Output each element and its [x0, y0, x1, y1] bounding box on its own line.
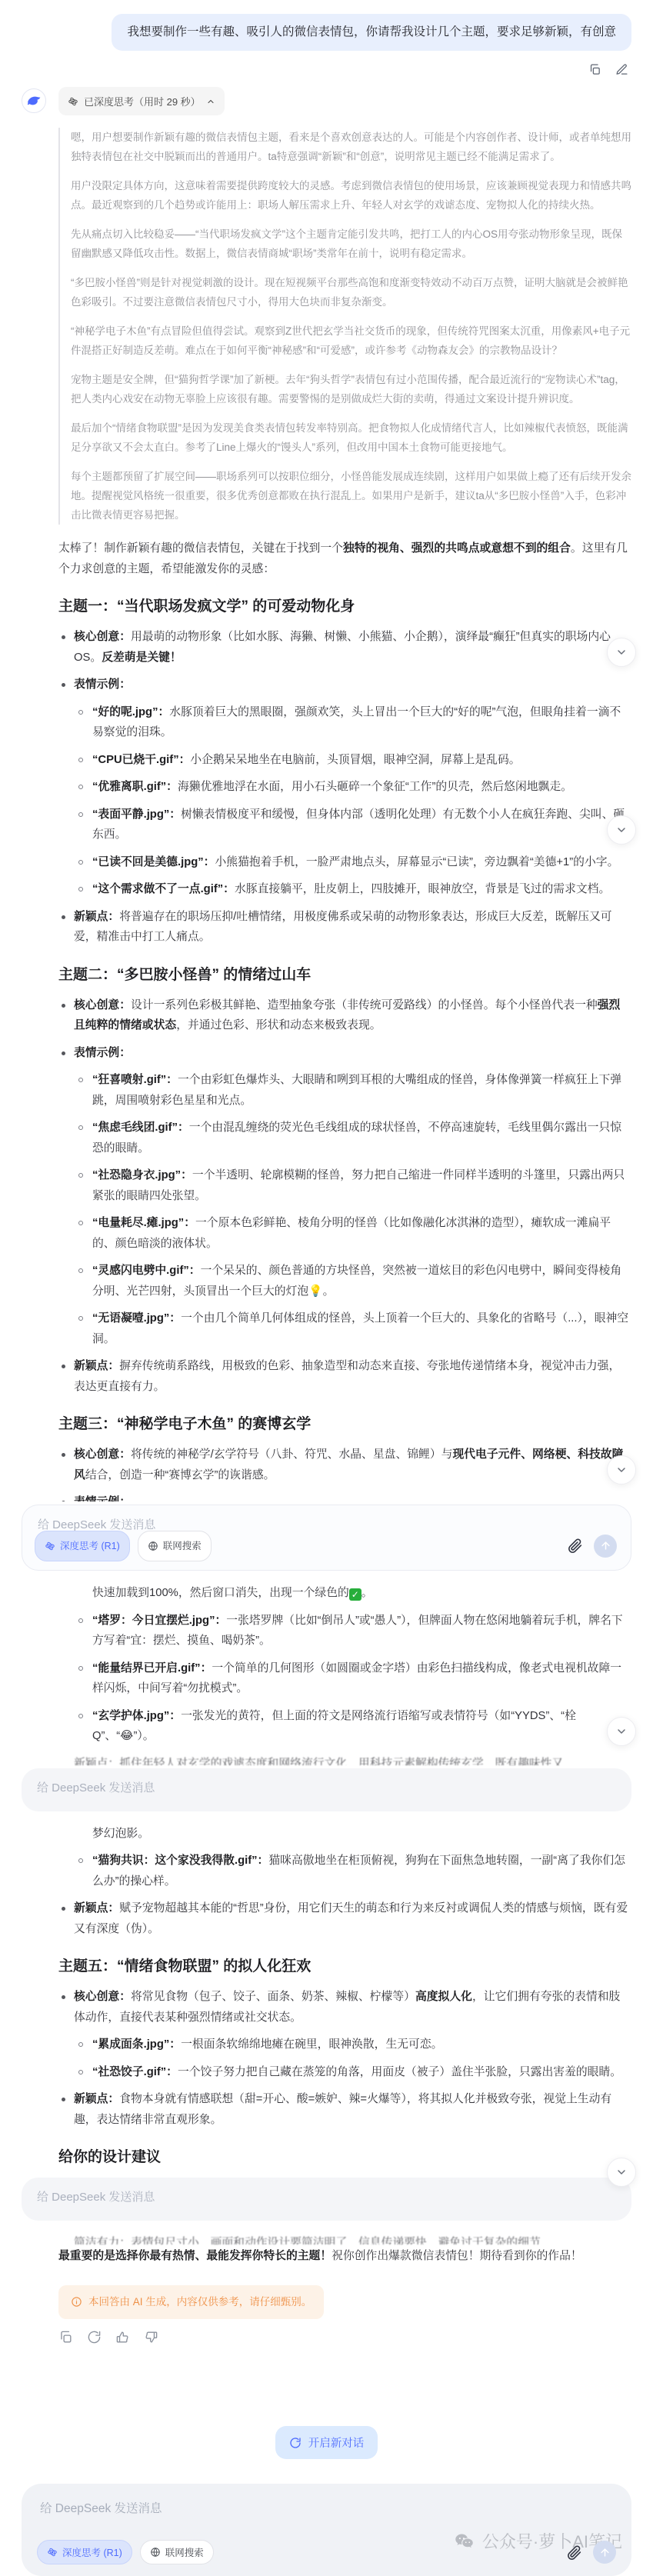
- web-search-label: 联网搜索: [165, 2545, 204, 2559]
- message-composer[interactable]: 给 DeepSeek 发送消息: [22, 2178, 631, 2221]
- deepseek-chat-page: 我想要制作一些有趣、吸引人的微信表情包，你请帮我设计几个主题，要求足够新颖，有创…: [0, 0, 653, 2576]
- composer-placeholder[interactable]: 给 DeepSeek 发送消息: [37, 2188, 616, 2208]
- thinking-paragraph: 宠物主题是安全牌，但“猫狗哲学课”加了新梗。去年“狗头哲学”表情包有过小范围传播…: [71, 370, 631, 408]
- thinking-paragraph: “多巴胺小怪兽”则是针对视觉刺激的设计。现在短视频平台那些高饱和度渐变特效动不动…: [71, 273, 631, 312]
- ai-disclaimer: 本回答由 AI 生成，内容仅供参考，请仔细甄别。: [58, 2285, 324, 2320]
- composer-toolbar: 深度思考 (R1)联网搜索: [35, 1531, 617, 1562]
- emoji-example-item: “狂喜喷射.gif”：一个由彩虹色爆炸头、大眼睛和咧到耳根的大嘴组成的怪兽，身体…: [75, 1070, 631, 1111]
- scroll-to-bottom-button[interactable]: [607, 815, 636, 845]
- composer-actions: [566, 2541, 616, 2564]
- continued-line: 梦幻泡影。: [92, 1824, 631, 1845]
- clipped-line: 简洁有力：表情包尺寸小，画面和动作设计要简洁明了，信息传递要快，避免过于复杂的细…: [58, 2233, 631, 2244]
- thinking-paragraph: 用户没限定具体方向，这意味着需要提供跨度较大的灵感。考虑到微信表情包的使用场景，…: [71, 176, 631, 215]
- deepthink-label: 深度思考 (R1): [60, 1536, 120, 1557]
- message-composer[interactable]: 给 DeepSeek 发送消息深度思考 (R1)联网搜索: [22, 1505, 631, 1571]
- deepseek-whale-icon: [26, 93, 42, 108]
- emoji-example-item: “能量结界已开启.gif”：一个简单的几何图形（如圆圈或金字塔）由彩色扫描线构成…: [75, 1658, 631, 1699]
- emoji-example-item: “累成面条.jpg”：一根面条软绵绵地瘫在碗里，眼神涣散，生无可恋。: [75, 2034, 631, 2055]
- emoji-example-item: “猫狗共识：这个家没我得散.gif”：猫咪高傲地坐在柜顶俯视，狗狗在下面焦急地转…: [75, 1851, 631, 1891]
- emoji-example-item: “表面平静.jpg”：树懒表情极度平和缓慢，但身体内部（透明化处理）有无数个小人…: [75, 805, 631, 845]
- bullet-point: 核心创意：将传统的神秘学/玄学符号（八卦、符咒、水晶、星盘、锦鲤）与现代电子元件…: [58, 1445, 631, 1485]
- emoji-example-item: “塔罗：今日宜摆烂.jpg”：一张塔罗牌（比如“倒吊人”或“愚人”），但牌面人物…: [75, 1611, 631, 1651]
- attach-icon[interactable]: [566, 2544, 582, 2561]
- clipped-line: 新颖点：抓住年轻人对玄学的戏谑态度和网络流行文化，用科技元素解构传统玄学，既有趣…: [58, 1754, 631, 1765]
- emoji-example-item: “已读不回是美德.jpg”：小熊猫抱着手机，一脸严肃地点头，屏幕显示“已读”，旁…: [75, 852, 631, 873]
- assistant-message-actions: [58, 2330, 631, 2344]
- web-search-label: 联网搜索: [163, 1536, 202, 1557]
- composer-actions: [567, 1535, 617, 1558]
- thinking-paragraph: 每个主题都预留了扩展空间——职场系列可以按职位细分，小怪兽能发展成连续剧，这样用…: [71, 467, 631, 525]
- scroll-to-bottom-button[interactable]: [607, 1717, 636, 1746]
- thinking-paragraph: 嗯，用户想要制作新颖有趣的微信表情包主题，看来是个喜欢创意表达的人。可能是个内容…: [71, 128, 631, 166]
- emoji-example-item: “社恐饺子.gif”：一个饺子努力把自己藏在蒸笼的角落，用面皮（被子）盖住半张脸…: [75, 2062, 631, 2083]
- assistant-answer: 太棒了！制作新颖有趣的微信表情包，关键在于找到一个独特的视角、强烈的共鸣点或意想…: [58, 538, 631, 2344]
- attach-icon[interactable]: [567, 1538, 583, 1554]
- thinking-content: 嗯，用户想要制作新颖有趣的微信表情包主题，看来是个喜欢创意表达的人。可能是个内容…: [58, 128, 631, 525]
- emoji-example-item: “社恐隐身衣.jpg”：一个半透明、轮廓模糊的怪兽，努力把自己缩进一件同样半透明…: [75, 1165, 631, 1206]
- message-composer[interactable]: 给 DeepSeek 发送消息 深度思考 (R1) 联网搜索: [22, 2484, 631, 2576]
- thinking-paragraph: “神秘学电子木鱼”有点冒险但值得尝试。观察到Z世代把玄学当社交货币的现象，但传统…: [71, 322, 631, 360]
- composer-placeholder[interactable]: 给 DeepSeek 发送消息: [40, 2499, 613, 2516]
- bullet-point: 新颖点：食物本身就有情感联想（甜=开心、酸=嫉妒、辣=火爆等），将其拟人化并极致…: [58, 2089, 631, 2130]
- assistant-message: 已深度思考（用时 29 秒） 嗯，用户想要制作新颖有趣的微信表情包主题，看来是个…: [0, 76, 653, 2344]
- user-message-row: 我想要制作一些有趣、吸引人的微信表情包，你请帮我设计几个主题，要求足够新颖，有创…: [0, 0, 653, 51]
- emoji-example-item: “这个需求做不了一点.gif”：水豚直接躺平，肚皮朝上，四肢摊开，眼神放空，背景…: [75, 879, 631, 900]
- web-search-toggle[interactable]: 联网搜索: [138, 1531, 212, 1562]
- thinking-paragraph: 先从痛点切入比较稳妥——“当代职场发疯文学”这个主题肯定能引发共鸣，把打工人的内…: [71, 225, 631, 263]
- emoji-example-item: “灵感闪电劈中.gif”：一个呆呆的、颜色普通的方块怪兽，突然被一道炫目的彩色闪…: [75, 1261, 631, 1301]
- copy-icon[interactable]: [588, 63, 601, 76]
- thinking-paragraph: 最后加个“情绪食物联盟”是因为发现美食类表情包转发率特别高。把食物拟人化成情绪代…: [71, 418, 631, 457]
- deepthink-toggle[interactable]: 深度思考 (R1): [35, 1531, 130, 1562]
- ai-disclaimer-text: 本回答由 AI 生成，内容仅供参考，请仔细甄别。: [88, 2292, 312, 2313]
- emoji-example-item: “焦虑毛线团.gif”：一个由混乱缠绕的荧光色毛线组成的球状怪兽，不停高速旋转，…: [75, 1118, 631, 1158]
- bullet-point: 核心创意：用最萌的动物形象（比如水豚、海獭、树懒、小熊猫、小企鹅），演绎最“癫狂…: [58, 627, 631, 668]
- section-heading: 给你的设计建议: [58, 2147, 631, 2168]
- thinking-toggle-label: 已深度思考（用时 29 秒）: [84, 94, 201, 108]
- deepseek-avatar: [22, 88, 46, 113]
- deepthink-label: 深度思考 (R1): [62, 2545, 122, 2559]
- deepthink-icon: [68, 96, 78, 107]
- checkmark-icon: ✓: [349, 1588, 361, 1601]
- section-heading: 主题五：“情绪食物联盟” 的拟人化狂欢: [58, 1956, 631, 1978]
- emoji-example-item: “好的呢.jpg”：水豚顶着巨大的黑眼圈，强颜欢笑，头上冒出一个巨大的“好的呢”…: [75, 702, 631, 743]
- web-search-toggle[interactable]: 联网搜索: [140, 2540, 214, 2564]
- regenerate-icon[interactable]: [87, 2330, 102, 2344]
- emoji-example-item: “无语凝噎.jpg”：一个由几个简单几何体组成的怪兽，头上顶着一个巨大的、具象化…: [75, 1308, 631, 1349]
- globe-icon: [150, 2547, 161, 2558]
- bullet-point: 新颖点：赋予宠物超越其本能的“哲思”身份，用它们天生的萌态和行为来反衬或调侃人类…: [58, 1898, 631, 1939]
- closing-line: 最重要的是选择你最有热情、最能发挥你特长的主题！祝你创作出爆款微信表情包！期待看…: [58, 2246, 631, 2267]
- bullet-point: 核心创意：设计一系列色彩极其鲜艳、造型抽象夸张（非传统可爱路线）的小怪兽。每个小…: [58, 995, 631, 1036]
- section-heading: 主题三：“神秘学电子木鱼” 的赛博玄学: [58, 1414, 631, 1435]
- emoji-example-item: “CPU已烧干.gif”：小企鹅呆呆地坐在电脑前，头顶冒烟，眼神空洞，屏幕上是乱…: [75, 750, 631, 771]
- arrow-up-icon: [599, 2547, 611, 2558]
- answer-intro: 太棒了！制作新颖有趣的微信表情包，关键在于找到一个独特的视角、强烈的共鸣点或意想…: [58, 538, 631, 579]
- send-button[interactable]: [594, 1535, 617, 1558]
- bottom-area: 开启新对话 给 DeepSeek 发送消息 深度思考 (R1) 联网搜索: [0, 2426, 653, 2576]
- edit-icon[interactable]: [615, 63, 628, 76]
- scroll-to-bottom-button[interactable]: [607, 638, 636, 667]
- arrow-up-icon: [600, 1540, 611, 1551]
- new-chat-row: 开启新对话: [0, 2426, 653, 2459]
- copy-icon[interactable]: [58, 2330, 73, 2344]
- new-chat-button[interactable]: 开启新对话: [275, 2426, 378, 2459]
- scroll-to-bottom-button[interactable]: [607, 1455, 636, 1485]
- wechat-icon: [454, 2531, 475, 2551]
- thumbs-down-icon[interactable]: [144, 2330, 158, 2344]
- bullet-point: 表情示例：: [58, 1492, 631, 1501]
- new-chat-label: 开启新对话: [308, 2434, 365, 2451]
- atom-icon: [45, 1541, 55, 1551]
- assistant-body: 已深度思考（用时 29 秒） 嗯，用户想要制作新颖有趣的微信表情包主题，看来是个…: [58, 87, 631, 2344]
- emoji-example-item: “电量耗尽.瘫.jpg”：一个原本色彩鲜艳、棱角分明的怪兽（比如像融化冰淇淋的造…: [75, 1213, 631, 1254]
- deepthink-toggle[interactable]: 深度思考 (R1): [37, 2540, 132, 2564]
- composer-placeholder[interactable]: 给 DeepSeek 发送消息: [37, 1778, 616, 1799]
- chevron-up-icon: [206, 97, 215, 106]
- section-heading: 主题一：“当代职场发疯文学” 的可爱动物化身: [58, 596, 631, 618]
- user-message: 我想要制作一些有趣、吸引人的微信表情包，你请帮我设计几个主题，要求足够新颖，有创…: [112, 14, 631, 51]
- send-button[interactable]: [593, 2541, 616, 2564]
- bullet-point: 表情示例：: [58, 675, 631, 695]
- bullet-point: 核心创意：将常见食物（包子、饺子、面条、奶茶、辣椒、柠檬等）高度拟人化，让它们拥…: [58, 1987, 631, 2028]
- new-chat-icon: [289, 2437, 302, 2449]
- emoji-example-item: “优雅离职.gif”：海獭优雅地浮在水面，用小石头砸碎一个象征“工作”的贝壳，然…: [75, 777, 631, 798]
- atom-icon: [47, 2547, 58, 2558]
- bullet-point: 新颖点：将普遍存在的职场压抑/吐槽情绪，用极度佛系或呆萌的动物形象表达，形成巨大…: [58, 907, 631, 948]
- continued-line: 快速加载到100%，然后窗口消失，出现一个绿色的✓。: [92, 1583, 631, 1604]
- bullet-point: 新颖点：摒弃传统萌系路线，用极致的色彩、抽象造型和动态来直接、夸张地传递情绪本身…: [58, 1356, 631, 1397]
- scroll-to-bottom-button[interactable]: [607, 2158, 636, 2187]
- section-heading: 主题二：“多巴胺小怪兽” 的情绪过山车: [58, 965, 631, 986]
- thinking-toggle[interactable]: 已深度思考（用时 29 秒）: [58, 87, 225, 115]
- user-message-actions: [0, 51, 653, 76]
- thumbs-up-icon[interactable]: [115, 2330, 130, 2344]
- bullet-point: 表情示例：: [58, 1043, 631, 1064]
- globe-icon: [148, 1541, 158, 1551]
- message-composer[interactable]: 给 DeepSeek 发送消息: [22, 1768, 631, 1811]
- info-icon: [71, 2296, 82, 2308]
- emoji-example-item: “玄学护体.jpg”：一张发光的黄符，但上面的符文是网络流行语缩写或表情符号（如…: [75, 1706, 631, 1747]
